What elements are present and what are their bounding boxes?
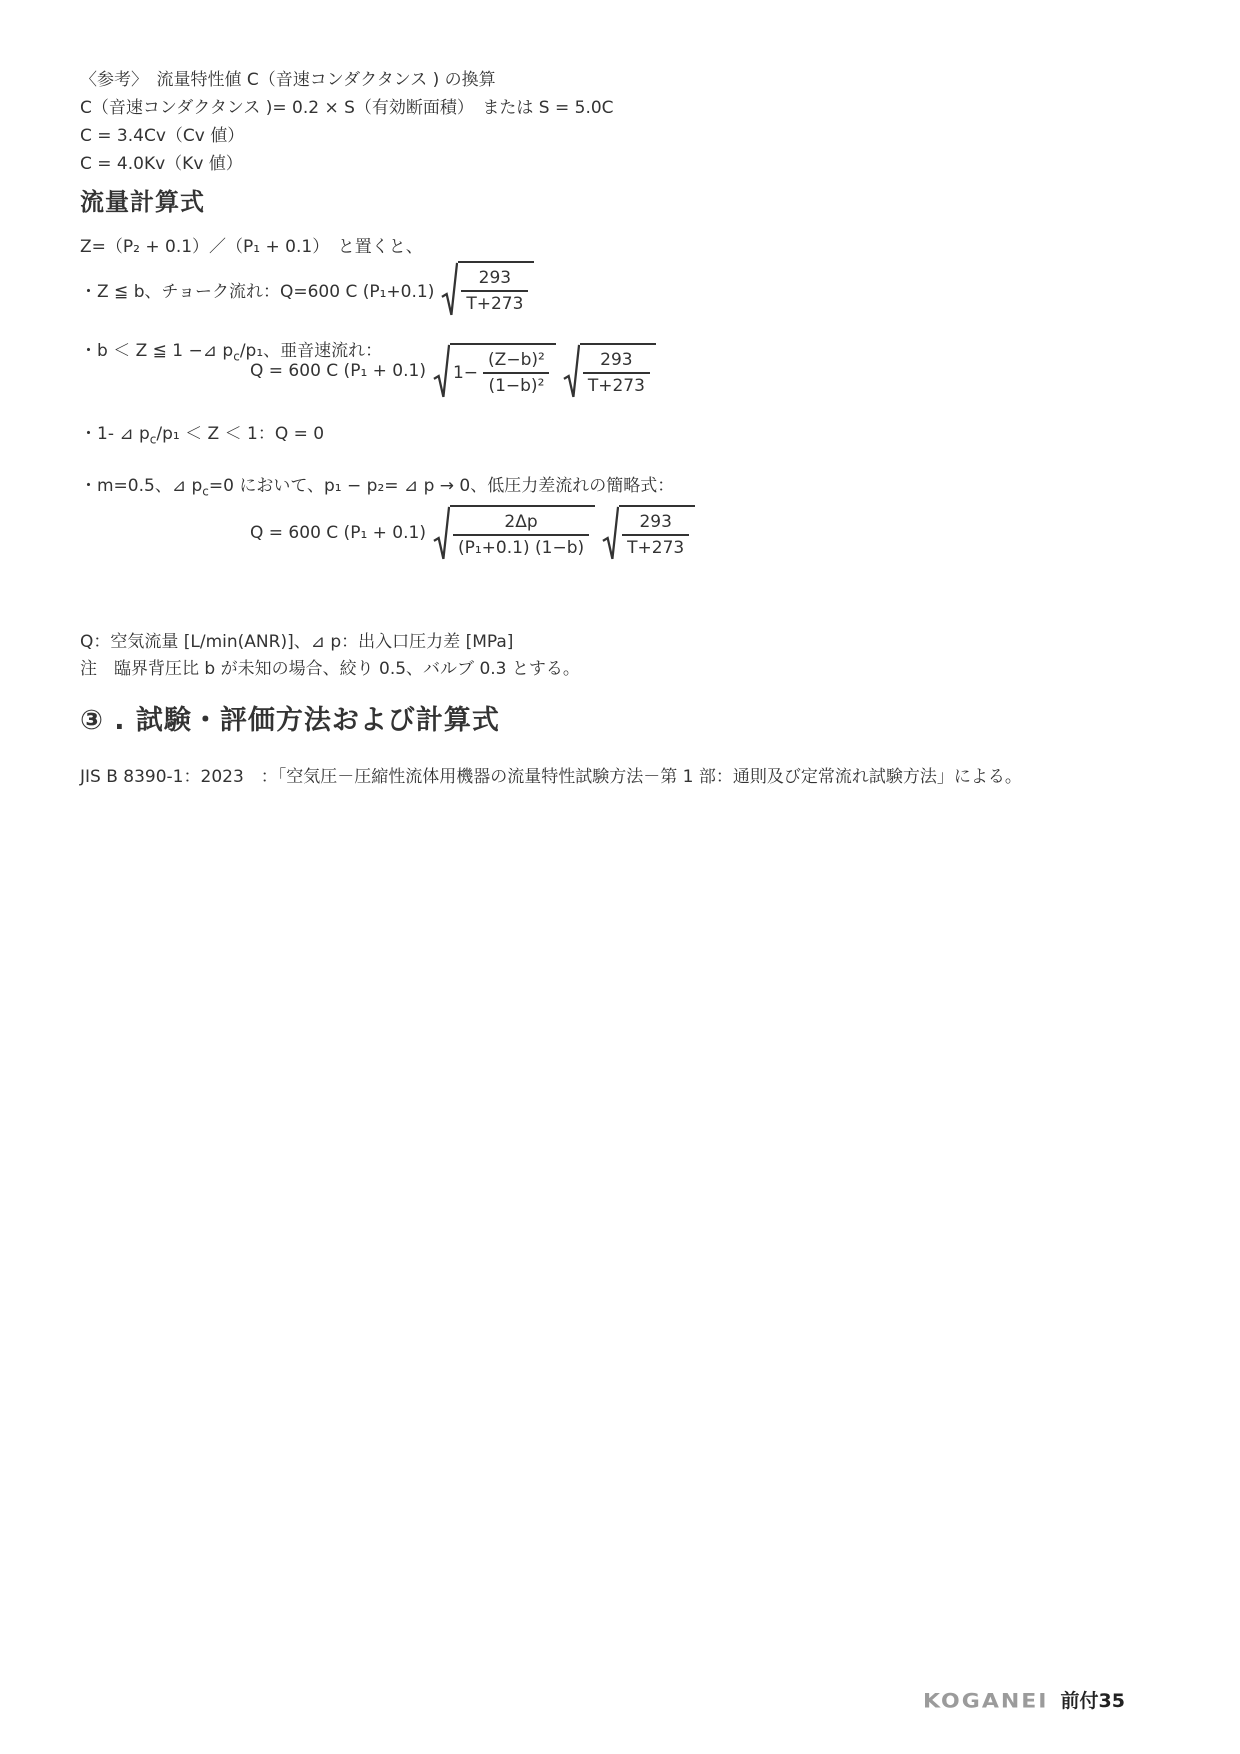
subsonic-flow-expression: Q = 600 C (P₁ + 0.1) (250, 361, 426, 381)
condition-text: =0 において、p₁ − p₂= ⊿ p → 0、低圧力差流れの簡略式： (209, 476, 674, 496)
fraction-numerator: 2Δp (499, 512, 542, 534)
formula-choked-flow: ・Z ≦ b、チョーク流れ：Q=600 C (P₁+0.1) 293 T+273 (80, 258, 534, 320)
radical-sign-icon (563, 343, 580, 400)
fraction-numerator: 293 (634, 512, 676, 534)
low-pressure-flow-expression: Q = 600 C (P₁ + 0.1) (250, 523, 426, 543)
reference-line-1: 〈参考〉 流量特性値 C（音速コンダクタンス ) の換算 (80, 66, 614, 94)
fraction-numerator: 293 (595, 350, 637, 372)
reference-line-2: C（音速コンダクタンス )= 0.2 × S（有効断面積） または S = 5.… (80, 94, 614, 122)
fraction-denominator: (1−b)² (483, 372, 549, 396)
sqrt-temperature-ratio: 293 T+273 (441, 261, 534, 318)
fraction: 293 T+273 (461, 268, 528, 315)
sqrt-pressure-diff: 2Δp (P₁+0.1) (1−b) (433, 505, 595, 562)
radicand: 293 T+273 (580, 343, 656, 400)
fraction: 293 T+273 (583, 350, 650, 397)
fraction-denominator: (P₁+0.1) (1−b) (453, 534, 589, 558)
section3-heading: ③ . 試験・評価方法および計算式 (80, 698, 500, 737)
fraction: 2Δp (P₁+0.1) (1−b) (453, 512, 589, 559)
condition-text: ・1- ⊿ p (80, 424, 150, 444)
radicand-lead-term: 1− (453, 363, 478, 383)
subscript-c: c (202, 484, 209, 498)
subscript-c: c (233, 349, 240, 363)
fraction-numerator: 293 (474, 268, 516, 290)
fraction: 293 T+273 (622, 512, 689, 559)
radicand: 293 T+273 (619, 505, 695, 562)
radicand: 1− (Z−b)² (1−b)² (450, 343, 556, 400)
radicand: 2Δp (P₁+0.1) (1−b) (450, 505, 595, 562)
formula-low-pressure-flow: Q = 600 C (P₁ + 0.1) 2Δp (P₁+0.1) (1−b) … (250, 500, 695, 566)
note-line: 注 臨界背圧比 b が未知の場合、絞り 0.5、バルブ 0.3 とする。 (80, 654, 580, 679)
koganei-logo: KOGANEI (923, 1691, 1048, 1714)
document-page: 〈参考〉 流量特性値 C（音速コンダクタンス ) の換算 C（音速コンダクタンス… (0, 0, 1240, 1754)
page-footer: KOGANEI 前付35 (923, 1686, 1125, 1713)
reference-block: 〈参考〉 流量特性値 C（音速コンダクタンス ) の換算 C（音速コンダクタンス… (80, 66, 614, 178)
condition-text: ・b ＜ Z ≦ 1 −⊿ p (80, 341, 233, 361)
sqrt-pressure-ratio: 1− (Z−b)² (1−b)² (433, 343, 556, 400)
fraction-numerator: (Z−b)² (483, 350, 550, 372)
sqrt-temperature-ratio: 293 T+273 (563, 343, 656, 400)
reference-line-3: C = 3.4Cv（Cv 値） (80, 122, 614, 150)
reference-line-4: C = 4.0Kv（Kv 値） (80, 150, 614, 178)
page-number: 前付35 (1060, 1686, 1124, 1713)
jis-standard-line: JIS B 8390-1：2023 ：「空気圧－圧縮性流体用機器の流量特性試験方… (80, 762, 1022, 787)
radical-sign-icon (441, 261, 458, 318)
radical-sign-icon (433, 343, 450, 400)
flow-formula-heading: 流量計算式 (80, 182, 205, 217)
condition-text: ・m=0.5、⊿ p (80, 476, 202, 496)
fraction-denominator: T+273 (461, 290, 528, 314)
variable-definitions-line: Q：空気流量 [L/min(ANR)]、⊿ p：出入口圧力差 [MPa] (80, 627, 513, 652)
formula-subsonic-flow: Q = 600 C (P₁ + 0.1) 1− (Z−b)² (1−b)² 29… (250, 340, 656, 402)
choked-flow-expression: ・Z ≦ b、チョーク流れ：Q=600 C (P₁+0.1) (80, 277, 434, 302)
radicand: 293 T+273 (458, 261, 534, 318)
condition-text: /p₁ ＜ Z ＜ 1：Q = 0 (156, 424, 324, 444)
sqrt-temperature-ratio: 293 T+273 (602, 505, 695, 562)
fraction: (Z−b)² (1−b)² (483, 350, 550, 397)
z-definition-line: Z=（P₂ + 0.1）／（P₁ + 0.1） と置くと、 (80, 232, 423, 257)
fraction-denominator: T+273 (622, 534, 689, 558)
radical-sign-icon (433, 505, 450, 562)
fraction-denominator: T+273 (583, 372, 650, 396)
radical-sign-icon (602, 505, 619, 562)
low-pressure-condition-line: ・m=0.5、⊿ pc=0 において、p₁ − p₂= ⊿ p → 0、低圧力差… (80, 471, 674, 496)
zero-flow-condition-line: ・1- ⊿ pc/p₁ ＜ Z ＜ 1：Q = 0 (80, 419, 324, 444)
